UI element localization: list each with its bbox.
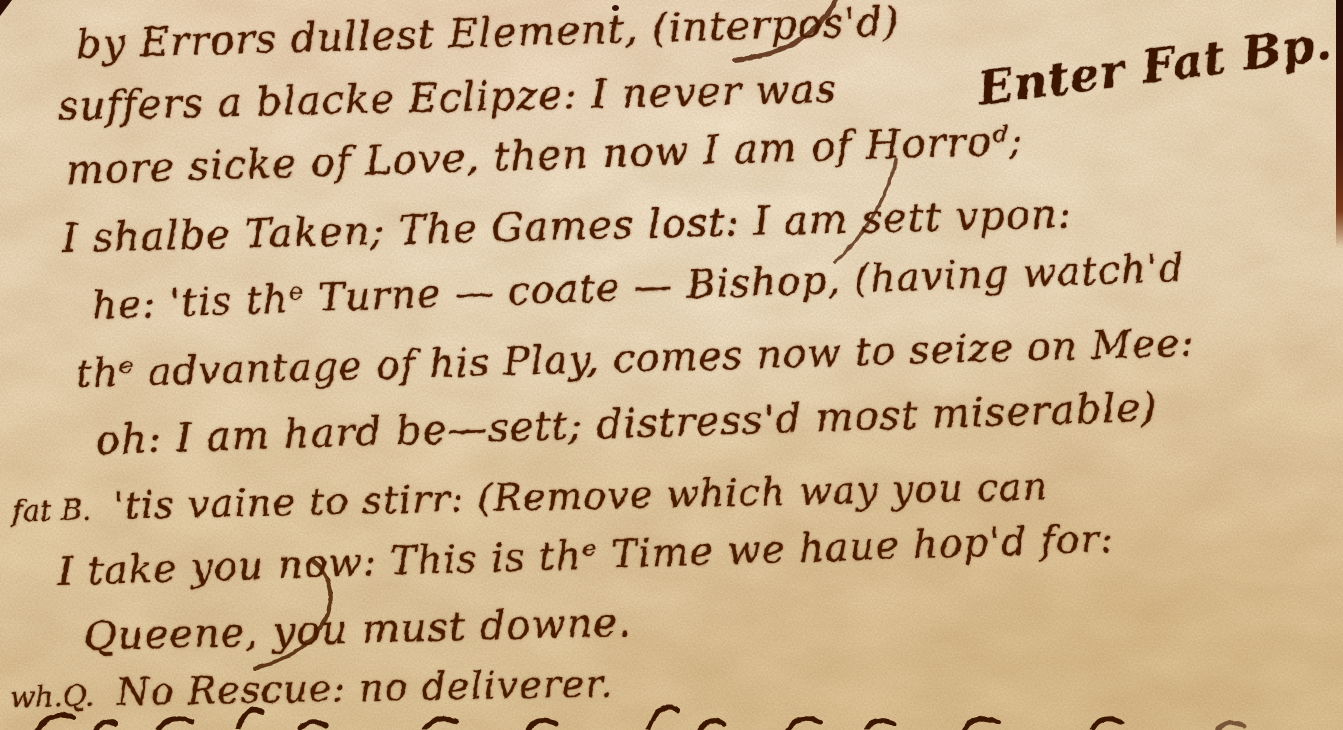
manuscript-line-text: I take you now: This is thᵉ Time we haue… [57,517,1115,595]
manuscript-line-text: 'tis vaine to stirr: (Remove which way y… [113,464,1049,528]
manuscript-line: I shalbe Taken; The Games lost: I am set… [61,191,1072,262]
manuscript-line-text: oh: I am hard be—sett; distress'd most m… [95,385,1158,464]
manuscript-line: I take you now: This is thᵉ Time we haue… [57,517,1115,595]
manuscript-line: more sicke of Love, then now I am of Hor… [65,118,1024,194]
manuscript-line-text: more sicke of Love, then now I am of Hor… [65,118,1024,194]
manuscript-line-text: thᵉ advantage of his Play, comes now to … [75,321,1195,397]
manuscript-line: suffers a blacke Eclipze: I never was [57,66,837,130]
manuscript-page: Enter Fat Bp. by Errors dullest Element,… [0,0,1343,730]
manuscript-line: thᵉ advantage of his Play, comes now to … [75,321,1195,397]
manuscript-line-text: by Errors dullest Element, (interpos'd) [75,0,900,68]
stage-direction: Enter Fat Bp. [974,16,1335,116]
manuscript-line: wh.Q.No Rescue: no deliverer. [10,661,614,716]
manuscript-line: he: 'tis thᵉ Turne — coate — Bishop, (ha… [91,246,1185,329]
manuscript-line-text: suffers a blacke Eclipze: I never was [57,66,837,130]
manuscript-line: fat B.'tis vaine to stirr: (Remove which… [12,464,1049,530]
manuscript-line-text: No Rescue: no deliverer. [116,661,614,714]
manuscript-line: by Errors dullest Element, (interpos'd) [75,0,900,68]
manuscript-line: oh: I am hard be—sett; distress'd most m… [95,385,1158,464]
speaker-prefix: fat B. [12,492,92,528]
manuscript-line-text: I shalbe Taken; The Games lost: I am set… [61,191,1072,262]
handwriting-layer: Enter Fat Bp. by Errors dullest Element,… [0,0,1343,730]
manuscript-line-text: Queene, you must downe. [83,600,632,660]
speaker-prefix: wh.Q. [10,679,95,714]
manuscript-line: Queene, you must downe. [83,600,632,660]
manuscript-line-text: he: 'tis thᵉ Turne — coate — Bishop, (ha… [91,246,1185,329]
